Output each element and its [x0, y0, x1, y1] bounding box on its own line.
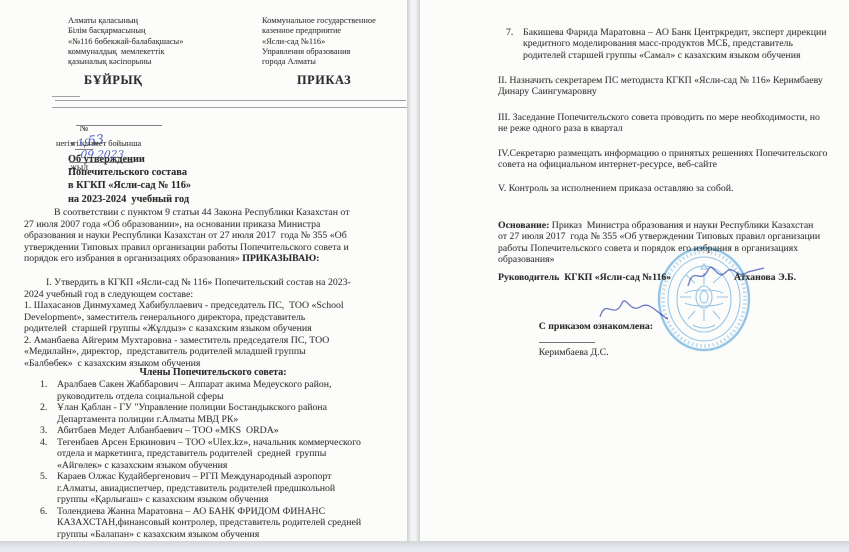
member-text: Абитбаев Медет Албанбаевич – ТОО «MKS OR…: [57, 425, 279, 437]
basis-label: Основание:: [498, 220, 549, 231]
ack-signature: [596, 293, 674, 327]
member-text: Ұлан Қаблан - ГУ "Управление полиции Бос…: [57, 402, 327, 425]
member-text: Караев Олжас Кудайбергенович – РГП Между…: [57, 471, 335, 506]
director-signature: [684, 256, 770, 296]
order-word-kazakh: БҰЙРЫҚ: [84, 75, 143, 87]
bottom-strip: [0, 541, 849, 552]
member-text: Аралбаев Сакен Жаббарович – Аппарат аким…: [57, 379, 332, 402]
item-iii: III. Заседание Попечительского совета пр…: [498, 112, 820, 135]
rule-line-bottom: [52, 107, 407, 108]
member-row: 5.Караев Олжас Кудайбергенович – РГП Меж…: [40, 471, 361, 506]
members-heading: Члены Попечительского совета:: [24, 367, 402, 379]
subject-block: Об утверждении Попечительского состава в…: [68, 153, 191, 206]
section-i: I. Утвердить в КГКП «Ясли-сад № 116» Поп…: [24, 277, 351, 369]
item-v: V. Контроль за исполнением приказа остав…: [498, 183, 733, 194]
rule-line-top: [55, 100, 406, 101]
member-number: 2.: [40, 402, 57, 425]
member-text: Тегенбаев Арсен Еркинович – ТОО «Ulex.kz…: [57, 437, 361, 472]
item-iv: IV.Секретарю размещать информацию о прин…: [498, 148, 827, 171]
member-number: 7.: [506, 27, 523, 61]
member-row: 1.Аралбаев Сакен Жаббарович – Аппарат ак…: [40, 379, 361, 402]
rule-line-stub: [52, 96, 80, 97]
signature-line: [539, 332, 595, 343]
member-number: 3.: [40, 425, 57, 437]
page-1: Алматы қаласының Білім басқармасының «№1…: [0, 0, 408, 541]
intro-paragraph: В соответствии с пунктом 9 статьи 44 Зак…: [24, 207, 349, 265]
page-2: 7.Бакишева Фарида Маратовна – АО Банк Це…: [419, 0, 849, 541]
ack-name: Керимбаева Д.С.: [539, 347, 609, 358]
decree-word: ПРИКАЗЫВАЮ:: [242, 253, 319, 264]
member-number: 5.: [40, 471, 57, 506]
org-name-russian: Коммунальное государственное казенное пр…: [262, 16, 376, 67]
member-row: 3.Абитбаев Медет Албанбаевич – ТОО «MKS …: [40, 425, 361, 437]
member-row: 4.Тегенбаев Арсен Еркинович – ТОО «Ulex.…: [40, 437, 361, 472]
member-row: 2.Ұлан Қаблан - ГУ "Управление полиции Б…: [40, 402, 361, 425]
member-row: 6.Толендиева Жанна Маратовна – АО БАНК Ф…: [40, 506, 361, 541]
item-ii: II. Назначить секретарем ПС методиста КГ…: [498, 75, 823, 98]
document-scan: Алматы қаласының Білім басқармасының «№1…: [0, 0, 849, 552]
member-text: Бакишева Фарида Маратовна – АО Банк Цент…: [523, 27, 826, 61]
order-word-russian: ПРИКАЗ: [297, 75, 351, 87]
page-gap: [407, 0, 419, 541]
member-number: 4.: [40, 437, 57, 472]
org-name-kazakh: Алматы қаласының Білім басқармасының «№1…: [68, 16, 183, 67]
member-number: 1.: [40, 379, 57, 402]
member-number: 6.: [40, 506, 57, 541]
date-note: негізгі қызмет бойынша: [56, 138, 141, 150]
members-list: 1.Аралбаев Сакен Жаббарович – Аппарат ак…: [40, 379, 361, 540]
member-text: Толендиева Жанна Маратовна – АО БАНК ФРИ…: [57, 506, 361, 541]
member-row: 7.Бакишева Фарида Маратовна – АО Банк Це…: [506, 27, 826, 61]
director-title: Руководитель КГКП «Ясли-сад №116»: [498, 272, 671, 284]
